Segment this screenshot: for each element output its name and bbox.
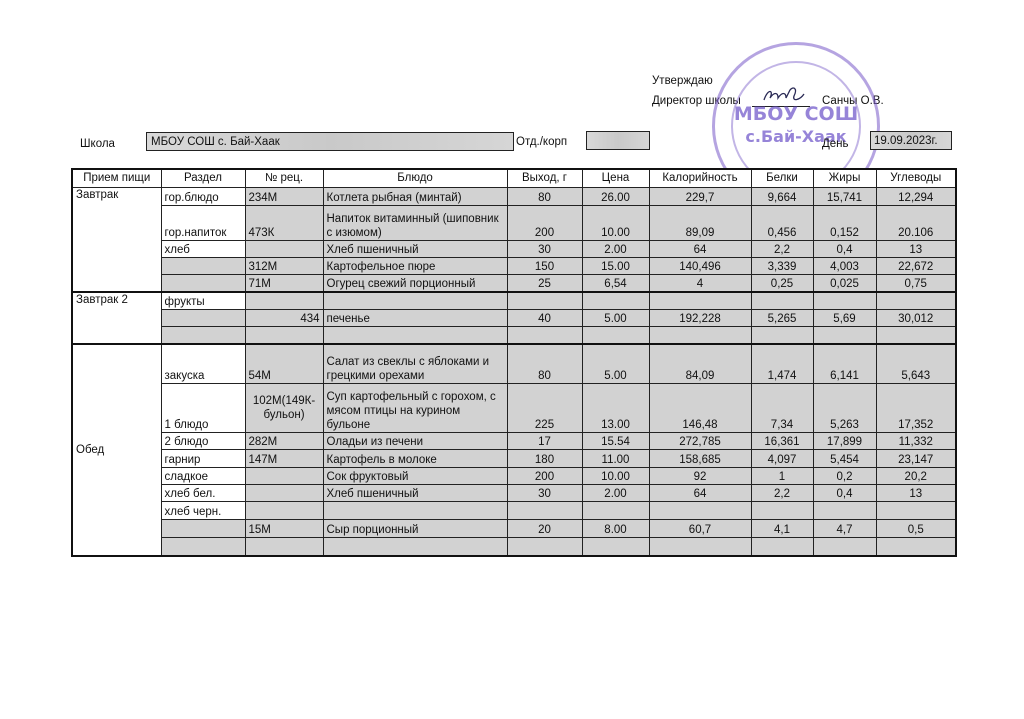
cell-carbs: 5,643 xyxy=(876,344,956,383)
cell-price xyxy=(582,501,649,519)
cell-yield: 200 xyxy=(507,205,582,240)
cell-fat: 6,141 xyxy=(813,344,876,383)
cell-kcal xyxy=(649,292,751,309)
cell-protein: 0,456 xyxy=(751,205,813,240)
cell-kcal xyxy=(649,501,751,519)
approve-label: Утверждаю xyxy=(652,74,713,88)
table-row: хлеб бел.Хлеб пшеничный302.00642,20,413 xyxy=(72,484,956,501)
cell-section: 2 блюдо xyxy=(161,432,245,449)
cell-carbs: 17,352 xyxy=(876,383,956,432)
director-name: Санчы О.В. xyxy=(822,94,884,108)
cell-carbs: 20,2 xyxy=(876,467,956,484)
cell-fat: 0,025 xyxy=(813,274,876,292)
cell-kcal: 229,7 xyxy=(649,187,751,205)
signature-line xyxy=(752,106,810,107)
cell-section xyxy=(161,537,245,556)
cell-recipe: 71М xyxy=(245,274,323,292)
cell-protein: 9,664 xyxy=(751,187,813,205)
cell-section: гарнир xyxy=(161,449,245,467)
table-row: Завтракгор.блюдо234МКотлета рыбная (минт… xyxy=(72,187,956,205)
col-header-section: Раздел xyxy=(161,169,245,187)
cell-kcal: 158,685 xyxy=(649,449,751,467)
table-row: 434печенье405.00192,2285,2655,6930,012 xyxy=(72,309,956,326)
cell-section: хлеб бел. xyxy=(161,484,245,501)
cell-kcal: 146,48 xyxy=(649,383,751,432)
cell-kcal: 140,496 xyxy=(649,257,751,274)
cell-carbs: 11,332 xyxy=(876,432,956,449)
cell-dish: Огурец свежий порционный xyxy=(323,274,507,292)
cell-recipe: 147М xyxy=(245,449,323,467)
cell-recipe xyxy=(245,292,323,309)
cell-price xyxy=(582,537,649,556)
cell-meal: Завтрак xyxy=(72,187,161,292)
cell-kcal xyxy=(649,326,751,344)
cell-section: фрукты xyxy=(161,292,245,309)
col-header-kcal: Калорийность xyxy=(649,169,751,187)
cell-carbs xyxy=(876,292,956,309)
cell-section: хлеб черн. xyxy=(161,501,245,519)
cell-carbs: 13 xyxy=(876,484,956,501)
day-label: День xyxy=(822,137,849,151)
day-field[interactable]: 19.09.2023г. xyxy=(870,131,952,150)
table-row: 1 блюдо102М(149К-бульон)Суп картофельный… xyxy=(72,383,956,432)
cell-meal: Обед xyxy=(72,344,161,556)
col-header-dish: Блюдо xyxy=(323,169,507,187)
cell-kcal: 64 xyxy=(649,240,751,257)
cell-dish: Хлеб пшеничный xyxy=(323,484,507,501)
cell-yield: 180 xyxy=(507,449,582,467)
cell-fat: 17,899 xyxy=(813,432,876,449)
cell-yield: 80 xyxy=(507,344,582,383)
cell-recipe: 473К xyxy=(245,205,323,240)
cell-recipe xyxy=(245,467,323,484)
table-row: 2 блюдо282МОладьи из печени1715.54272,78… xyxy=(72,432,956,449)
cell-section: гор.блюдо xyxy=(161,187,245,205)
cell-price: 15.54 xyxy=(582,432,649,449)
cell-fat: 5,263 xyxy=(813,383,876,432)
cell-protein: 4,1 xyxy=(751,519,813,537)
cell-protein xyxy=(751,326,813,344)
cell-fat: 15,741 xyxy=(813,187,876,205)
cell-section xyxy=(161,309,245,326)
cell-protein: 2,2 xyxy=(751,484,813,501)
cell-recipe xyxy=(245,240,323,257)
cell-kcal: 4 xyxy=(649,274,751,292)
cell-fat xyxy=(813,501,876,519)
col-header-recipe: № рец. xyxy=(245,169,323,187)
cell-fat: 5,454 xyxy=(813,449,876,467)
cell-fat: 0,152 xyxy=(813,205,876,240)
cell-yield xyxy=(507,537,582,556)
cell-protein: 0,25 xyxy=(751,274,813,292)
cell-protein xyxy=(751,292,813,309)
cell-section xyxy=(161,257,245,274)
cell-yield: 150 xyxy=(507,257,582,274)
col-header-yield: Выход, г xyxy=(507,169,582,187)
col-header-protein: Белки xyxy=(751,169,813,187)
cell-yield: 225 xyxy=(507,383,582,432)
table-row: гарнир147МКартофель в молоке18011.00158,… xyxy=(72,449,956,467)
cell-protein: 7,34 xyxy=(751,383,813,432)
cell-kcal: 60,7 xyxy=(649,519,751,537)
cell-dish: Хлеб пшеничный xyxy=(323,240,507,257)
cell-kcal: 89,09 xyxy=(649,205,751,240)
cell-price: 2.00 xyxy=(582,240,649,257)
cell-fat xyxy=(813,292,876,309)
table-row: 312МКартофельное пюре15015.00140,4963,33… xyxy=(72,257,956,274)
cell-yield xyxy=(507,326,582,344)
cell-carbs: 0,5 xyxy=(876,519,956,537)
cell-carbs xyxy=(876,501,956,519)
cell-section xyxy=(161,274,245,292)
cell-recipe xyxy=(245,501,323,519)
cell-protein: 1 xyxy=(751,467,813,484)
cell-fat: 4,003 xyxy=(813,257,876,274)
table-row: 71МОгурец свежий порционный256,5440,250,… xyxy=(72,274,956,292)
stamp-line2: с.Бай-Хаак xyxy=(715,127,877,146)
table-row: 15МСыр порционный208.0060,74,14,70,5 xyxy=(72,519,956,537)
cell-price: 11.00 xyxy=(582,449,649,467)
dept-field[interactable] xyxy=(586,131,650,150)
cell-yield: 40 xyxy=(507,309,582,326)
col-header-meal: Прием пищи xyxy=(72,169,161,187)
cell-recipe: 54М xyxy=(245,344,323,383)
cell-dish: Оладьи из печени xyxy=(323,432,507,449)
cell-price: 2.00 xyxy=(582,484,649,501)
table-row: сладкоеСок фруктовый20010.009210,220,2 xyxy=(72,467,956,484)
cell-carbs: 13 xyxy=(876,240,956,257)
cell-section: 1 блюдо xyxy=(161,383,245,432)
director-label: Директор школы xyxy=(652,94,741,108)
cell-protein: 2,2 xyxy=(751,240,813,257)
cell-yield: 30 xyxy=(507,484,582,501)
cell-dish: Сыр порционный xyxy=(323,519,507,537)
cell-fat: 0,2 xyxy=(813,467,876,484)
cell-section: сладкое xyxy=(161,467,245,484)
cell-dish xyxy=(323,537,507,556)
table-row xyxy=(72,326,956,344)
cell-price: 26.00 xyxy=(582,187,649,205)
cell-kcal: 272,785 xyxy=(649,432,751,449)
cell-carbs: 0,75 xyxy=(876,274,956,292)
cell-protein xyxy=(751,537,813,556)
cell-recipe: 312М xyxy=(245,257,323,274)
cell-dish: Котлета рыбная (минтай) xyxy=(323,187,507,205)
cell-dish xyxy=(323,326,507,344)
cell-section xyxy=(161,326,245,344)
cell-recipe: 282М xyxy=(245,432,323,449)
cell-fat: 5,69 xyxy=(813,309,876,326)
cell-recipe: 15М xyxy=(245,519,323,537)
cell-protein xyxy=(751,501,813,519)
cell-dish xyxy=(323,501,507,519)
signature-icon xyxy=(760,84,806,106)
cell-kcal: 84,09 xyxy=(649,344,751,383)
cell-carbs: 22,672 xyxy=(876,257,956,274)
table-row: гор.напиток473КНапиток витаминный (шипов… xyxy=(72,205,956,240)
cell-recipe: 234М xyxy=(245,187,323,205)
cell-kcal: 64 xyxy=(649,484,751,501)
cell-recipe: 102М(149К-бульон) xyxy=(245,383,323,432)
cell-carbs: 23,147 xyxy=(876,449,956,467)
cell-yield: 80 xyxy=(507,187,582,205)
cell-dish: Суп картофельный с горохом, с мясом птиц… xyxy=(323,383,507,432)
cell-yield xyxy=(507,501,582,519)
cell-yield: 200 xyxy=(507,467,582,484)
cell-section: гор.напиток xyxy=(161,205,245,240)
cell-dish: Напиток витаминный (шиповник с изюмом) xyxy=(323,205,507,240)
cell-yield: 20 xyxy=(507,519,582,537)
cell-price: 15.00 xyxy=(582,257,649,274)
col-header-price: Цена xyxy=(582,169,649,187)
cell-protein: 16,361 xyxy=(751,432,813,449)
cell-price: 10.00 xyxy=(582,205,649,240)
cell-protein: 4,097 xyxy=(751,449,813,467)
cell-kcal: 92 xyxy=(649,467,751,484)
cell-price: 5.00 xyxy=(582,309,649,326)
cell-yield: 25 xyxy=(507,274,582,292)
cell-price xyxy=(582,326,649,344)
cell-yield: 17 xyxy=(507,432,582,449)
cell-kcal xyxy=(649,537,751,556)
cell-recipe: 434 xyxy=(245,309,323,326)
cell-dish xyxy=(323,292,507,309)
cell-fat: 4,7 xyxy=(813,519,876,537)
table-header-row: Прием пищи Раздел № рец. Блюдо Выход, г … xyxy=(72,169,956,187)
cell-price: 5.00 xyxy=(582,344,649,383)
cell-dish: Сок фруктовый xyxy=(323,467,507,484)
cell-yield xyxy=(507,292,582,309)
cell-recipe xyxy=(245,484,323,501)
cell-section: закуска xyxy=(161,344,245,383)
cell-yield: 30 xyxy=(507,240,582,257)
cell-carbs xyxy=(876,326,956,344)
cell-fat: 0,4 xyxy=(813,240,876,257)
table-row xyxy=(72,537,956,556)
dept-label: Отд./корп xyxy=(516,135,567,149)
col-header-carbs: Углеводы xyxy=(876,169,956,187)
menu-table: Прием пищи Раздел № рец. Блюдо Выход, г … xyxy=(71,168,957,557)
table-row: Обедзакуска54МСалат из свеклы с яблоками… xyxy=(72,344,956,383)
cell-meal: Завтрак 2 xyxy=(72,292,161,344)
cell-dish: печенье xyxy=(323,309,507,326)
cell-fat xyxy=(813,537,876,556)
cell-dish: Картофельное пюре xyxy=(323,257,507,274)
school-label: Школа xyxy=(80,137,115,151)
cell-fat xyxy=(813,326,876,344)
cell-carbs: 30,012 xyxy=(876,309,956,326)
table-row: Завтрак 2фрукты xyxy=(72,292,956,309)
col-header-fat: Жиры xyxy=(813,169,876,187)
cell-protein: 1,474 xyxy=(751,344,813,383)
cell-protein: 3,339 xyxy=(751,257,813,274)
cell-recipe xyxy=(245,326,323,344)
cell-price xyxy=(582,292,649,309)
cell-dish: Салат из свеклы с яблоками и грецкими ор… xyxy=(323,344,507,383)
cell-price: 13.00 xyxy=(582,383,649,432)
cell-price: 10.00 xyxy=(582,467,649,484)
cell-carbs: 12,294 xyxy=(876,187,956,205)
cell-kcal: 192,228 xyxy=(649,309,751,326)
cell-carbs xyxy=(876,537,956,556)
cell-section: хлеб xyxy=(161,240,245,257)
cell-price: 8.00 xyxy=(582,519,649,537)
cell-fat: 0,4 xyxy=(813,484,876,501)
cell-carbs: 20.106 xyxy=(876,205,956,240)
cell-protein: 5,265 xyxy=(751,309,813,326)
cell-price: 6,54 xyxy=(582,274,649,292)
table-row: хлебХлеб пшеничный302.00642,20,413 xyxy=(72,240,956,257)
cell-section xyxy=(161,519,245,537)
school-field[interactable]: МБОУ СОШ с. Бай-Хаак xyxy=(146,132,514,151)
cell-dish: Картофель в молоке xyxy=(323,449,507,467)
cell-recipe xyxy=(245,537,323,556)
table-row: хлеб черн. xyxy=(72,501,956,519)
